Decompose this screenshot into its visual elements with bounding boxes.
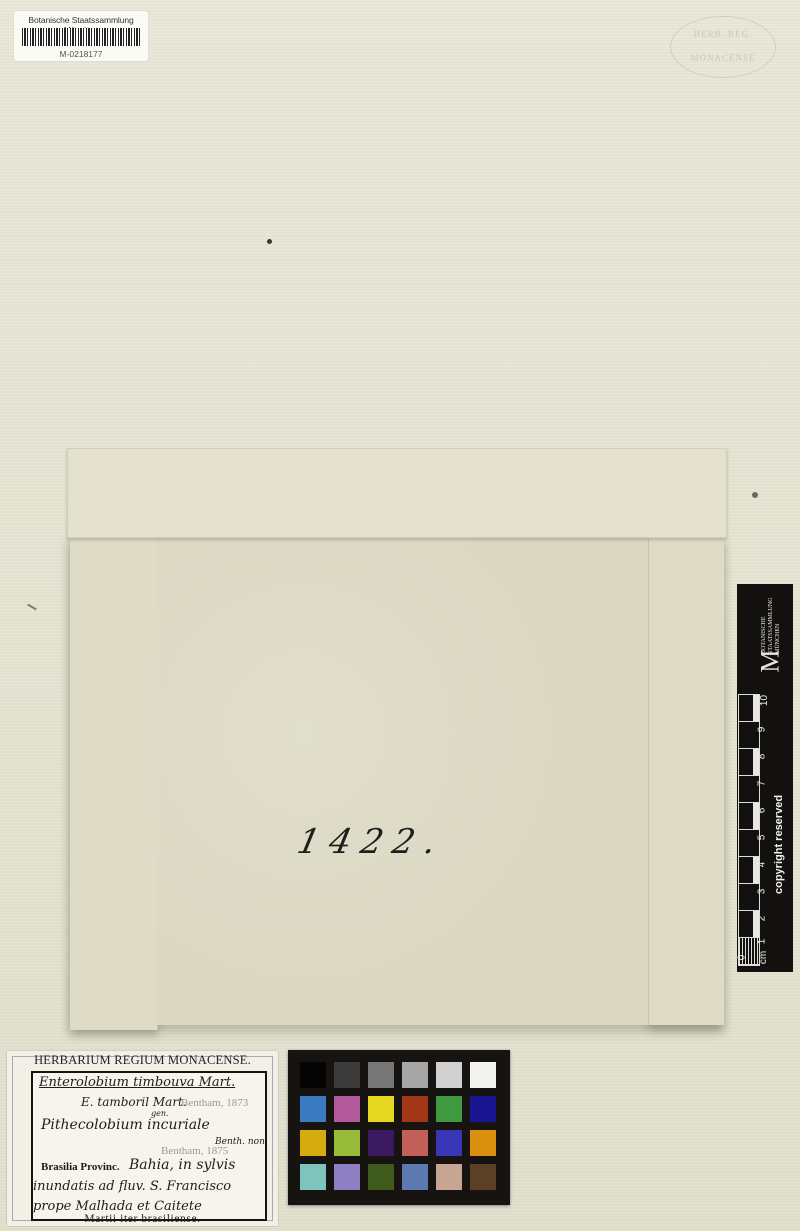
ruler-inst-line: BOTANISCHE	[761, 594, 768, 654]
province-label: Brasilia Provinc.	[41, 1161, 120, 1173]
color-patch	[470, 1062, 496, 1088]
ruler-unit: cm	[758, 951, 769, 964]
barcode-bars	[22, 28, 140, 46]
stamp-line2: MONACENSE	[671, 53, 775, 63]
tick-7: 7	[756, 781, 767, 787]
color-patch	[368, 1130, 394, 1156]
color-checker-card	[288, 1050, 510, 1205]
color-patch-grid	[300, 1062, 496, 1190]
color-patch	[436, 1096, 462, 1122]
folder-center-panel	[157, 537, 648, 1025]
folder-number: 1422.	[294, 822, 450, 862]
color-patch	[470, 1096, 496, 1122]
color-patch	[402, 1130, 428, 1156]
tick-3: 3	[756, 889, 767, 895]
color-patch	[334, 1062, 360, 1088]
sheet-speck	[752, 492, 758, 498]
color-patch	[300, 1096, 326, 1122]
color-patch	[300, 1062, 326, 1088]
tick-8: 8	[756, 754, 767, 760]
tick-1: 1	[756, 939, 767, 945]
color-patch	[402, 1164, 428, 1190]
stamp-line1: HERB. REG.	[671, 29, 775, 39]
color-patch	[300, 1130, 326, 1156]
tick-2: 2	[756, 916, 767, 922]
folder-right-flap	[648, 538, 724, 1025]
locality-line-1: Bahia, in sylvis	[129, 1157, 235, 1173]
tick-9: 9	[756, 727, 767, 733]
color-patch	[436, 1164, 462, 1190]
scale-ruler: BOTANISCHE STAATSSAMMLUNG MÜNCHEN M copy…	[737, 584, 793, 972]
color-patch	[368, 1096, 394, 1122]
taxon-name-2: E. tamboril Mart.	[81, 1095, 187, 1109]
locality-line-2: inundatis ad fluv. S. Francisco	[33, 1179, 231, 1194]
ruler-scale	[738, 694, 760, 966]
herbarium-label: HERBARIUM REGIUM MONACENSE. Enterolobium…	[7, 1051, 278, 1226]
color-patch	[334, 1130, 360, 1156]
copyright-text: copyright reserved	[773, 694, 785, 894]
locality-line-3: prope Malhada et Caitete	[33, 1199, 202, 1214]
color-patch	[368, 1062, 394, 1088]
label-inner-frame: Enterolobium timbouva Mart. E. tamboril …	[31, 1071, 267, 1221]
color-patch	[402, 1096, 428, 1122]
tick-0: 0	[736, 955, 747, 961]
ruler-institution: BOTANISCHE STAATSSAMMLUNG MÜNCHEN	[761, 594, 789, 654]
folder-left-flap	[70, 535, 158, 1030]
color-patch	[470, 1164, 496, 1190]
sheet-speck	[267, 239, 272, 244]
ruler-inst-line: STAATSSAMMLUNG	[768, 594, 775, 654]
color-patch	[436, 1130, 462, 1156]
color-patch	[334, 1164, 360, 1190]
taxon-name-1: Enterolobium timbouva Mart.	[39, 1075, 235, 1090]
color-patch	[402, 1062, 428, 1088]
color-patch	[436, 1062, 462, 1088]
color-patch	[470, 1130, 496, 1156]
tick-4: 4	[756, 862, 767, 868]
taxon-name-3: Pithecolobium incuriale	[41, 1117, 210, 1133]
color-patch	[334, 1096, 360, 1122]
specimen-id: M-0218177	[14, 49, 148, 59]
ruler-inst-line: MÜNCHEN	[775, 594, 782, 654]
tick-6: 6	[756, 808, 767, 814]
color-patch	[368, 1164, 394, 1190]
color-patch	[300, 1164, 326, 1190]
tick-5: 5	[756, 835, 767, 841]
label-header: HERBARIUM REGIUM MONACENSE.	[7, 1053, 278, 1068]
msb-logo-icon: M	[756, 649, 786, 672]
folder-top-flap	[67, 448, 727, 538]
embossed-stamp: HERB. REG. MONACENSE	[670, 16, 776, 78]
tick-10: 10	[759, 695, 770, 706]
determiner-stamp-1: Bentham, 1873	[181, 1097, 248, 1109]
barcode-label: Botanische Staatssammlung München M-0218…	[14, 11, 148, 61]
label-footer: Martii iter brasiliense.	[7, 1213, 278, 1225]
determiner-note: Benth. non	[215, 1137, 265, 1147]
